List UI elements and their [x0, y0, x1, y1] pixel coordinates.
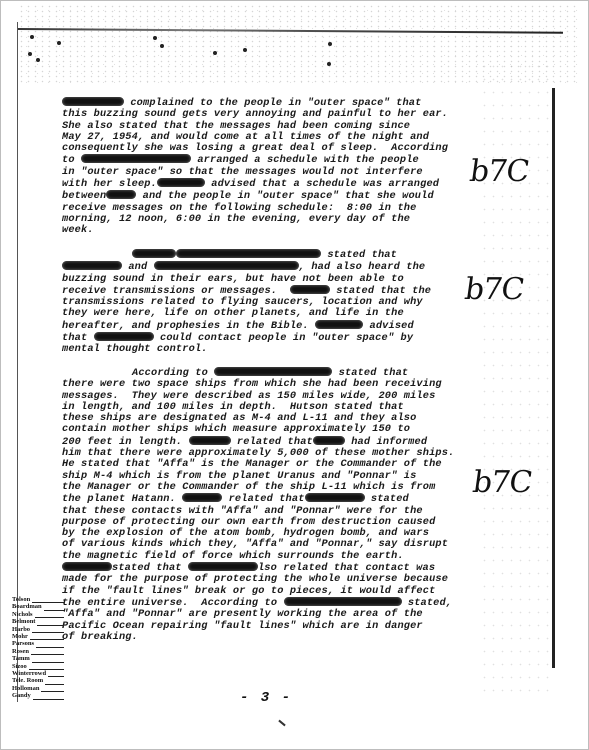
- line-text: in length, and 100 miles in depth. Hutso…: [62, 401, 404, 413]
- line-text: receive transmissions or messages.: [62, 285, 290, 297]
- line-text: and: [122, 261, 154, 273]
- redaction-block: [182, 493, 222, 502]
- line-text: this buzzing sound gets very annoying an…: [62, 108, 448, 120]
- routing-list-item: Boardman: [12, 603, 64, 610]
- routing-name: Tamm: [12, 655, 30, 662]
- routing-list-item: Tamm: [12, 655, 64, 662]
- routing-list-item: Parsons: [12, 640, 64, 647]
- routing-name: Gandy: [12, 692, 31, 699]
- redaction-block: [290, 285, 330, 294]
- text-line: hereafter, and prophesies in the Bible. …: [62, 320, 492, 332]
- scan-dot: [160, 44, 164, 48]
- text-line: with her sleep. advised that a schedule …: [62, 178, 492, 190]
- line-text: related that: [222, 493, 304, 505]
- line-text: complained to the people in "outer space…: [124, 97, 421, 109]
- routing-initial-line: [44, 605, 64, 611]
- routing-name: Boardman: [12, 603, 42, 610]
- routing-initial-line: [32, 657, 64, 663]
- routing-name: Tele. Room: [12, 677, 43, 684]
- line-text: him that there were approximately 5,000 …: [62, 447, 454, 459]
- routing-name: Rosen: [12, 648, 29, 655]
- redaction-block: [315, 320, 363, 329]
- routing-name: Holloman: [12, 685, 39, 692]
- line-text: ship M-4 which is from the planet Uranus…: [62, 470, 416, 482]
- paragraph-schedule: complained to the people in "outer space…: [62, 97, 492, 237]
- line-text: contain mother ships which measure appro…: [62, 423, 410, 435]
- scan-dot: [327, 62, 331, 66]
- scan-dot: [153, 36, 157, 40]
- routing-list-item: Tele. Room: [12, 677, 64, 684]
- redaction-block: [132, 249, 176, 258]
- line-text: arranged a schedule with the people: [191, 154, 419, 166]
- text-line: buzzing sound in their ears, but have no…: [62, 274, 492, 285]
- routing-list-item: Harbo: [12, 626, 64, 633]
- routing-initial-line: [48, 671, 64, 677]
- margin-notation-b7c: b7C: [468, 154, 531, 189]
- line-text: mental thought control.: [62, 343, 208, 355]
- routing-initial-line: [32, 627, 64, 633]
- redaction-block: [305, 493, 365, 502]
- line-text: had informed: [345, 436, 427, 448]
- line-text: transmissions related to flying saucers,…: [62, 296, 423, 308]
- redaction-block: [284, 597, 402, 606]
- text-line: in "outer space" so that the messages wo…: [62, 167, 492, 178]
- line-text: hereafter, and prophesies in the Bible.: [62, 320, 315, 332]
- text-line: stated that: [62, 249, 492, 261]
- line-text: stated that: [321, 249, 403, 261]
- line-text: stated,: [402, 597, 453, 609]
- paragraph-space-ships: According to stated thatthere were two s…: [62, 367, 492, 643]
- line-text: stated that: [332, 367, 408, 379]
- line-text: the planet Hatann.: [62, 493, 182, 505]
- routing-initial-line: [36, 642, 64, 648]
- line-text: there were two space ships from which sh…: [62, 378, 442, 390]
- line-text: buzzing sound in their ears, but have no…: [62, 273, 404, 285]
- line-text: "Affa" and "Ponnar" are presently workin…: [62, 608, 423, 620]
- line-text: could contact people in "outer space" by: [154, 332, 414, 344]
- redaction-block: [313, 436, 345, 445]
- line-text: stated: [365, 493, 409, 505]
- routing-list-item: Holloman: [12, 685, 64, 692]
- scan-dot: [30, 35, 34, 39]
- redaction-block: [157, 178, 205, 187]
- redaction-block: [81, 154, 191, 163]
- line-text: of breaking.: [62, 631, 138, 643]
- line-text: May 27, 1954, and would come at all time…: [62, 131, 429, 143]
- redaction-block: [154, 261, 299, 270]
- routing-name: Parsons: [12, 640, 34, 647]
- routing-name: Nichols: [12, 611, 33, 618]
- margin-notation-b7c: b7C: [463, 272, 526, 307]
- routing-initial-line: [31, 649, 64, 655]
- routing-initial-line: [33, 694, 64, 700]
- line-text: 200 feet in length.: [62, 436, 189, 448]
- page-number: - 3 -: [240, 690, 292, 706]
- line-text: in "outer space" so that the messages wo…: [62, 166, 423, 178]
- routing-list-item: Belmont: [12, 618, 64, 625]
- text-line: mental thought control.: [62, 344, 492, 355]
- scan-dot: [28, 52, 32, 56]
- line-text: and the people in "outer space" that she…: [136, 190, 433, 202]
- scan-dot: [243, 48, 247, 52]
- routing-name: Harbo: [12, 626, 30, 633]
- scan-dot: [36, 58, 40, 62]
- redaction-block: [176, 249, 321, 258]
- routing-list-item: Gandy: [12, 692, 64, 699]
- scan-dot: [57, 41, 61, 45]
- redaction-block: [62, 97, 124, 106]
- line-text: stated that the: [330, 285, 431, 297]
- redaction-block: [189, 436, 231, 445]
- text-line: the Manager or the Commander of the ship…: [62, 482, 492, 493]
- line-text: to: [62, 154, 81, 166]
- line-text: Pacific Ocean repairing "fault lines" wh…: [62, 620, 423, 632]
- line-text: He stated that "Affa" is the Manager or …: [62, 458, 442, 470]
- line-text: week.: [62, 224, 94, 236]
- line-text: consequently she was losing a great deal…: [62, 142, 448, 154]
- redaction-block: [188, 562, 258, 571]
- routing-name: Belmont: [12, 618, 35, 625]
- margin-notation-b7c: b7C: [471, 465, 534, 500]
- line-text: of various kinds which they, "Affa" and …: [62, 538, 448, 550]
- redaction-block: [214, 367, 332, 376]
- line-text: between: [62, 190, 106, 202]
- redaction-block: [62, 562, 112, 571]
- line-text: advised: [363, 320, 414, 332]
- line-text: by the explosion of the atom bomb, hydro…: [62, 527, 429, 539]
- line-text: lso related that contact was: [258, 562, 435, 574]
- line-text: the magnetic field of force which surrou…: [62, 550, 404, 562]
- routing-name: Tolson: [12, 596, 30, 603]
- line-text: messages. They were described as 150 mil…: [62, 390, 435, 402]
- text-line: week.: [62, 225, 492, 236]
- line-text: receive messages on the following schedu…: [62, 202, 416, 214]
- text-line: they were here, life on other planets, a…: [62, 308, 492, 319]
- routing-list: TolsonBoardmanNicholsBelmontHarboMohrPar…: [12, 596, 64, 700]
- line-text: According to: [132, 367, 214, 379]
- line-text: the Manager or the Commander of the ship…: [62, 481, 435, 493]
- line-text: with her sleep.: [62, 178, 157, 190]
- line-text: that these contacts with "Affa" and "Pon…: [62, 505, 423, 517]
- redaction-block: [94, 332, 154, 341]
- scan-dot: [328, 42, 332, 46]
- routing-initial-line: [41, 686, 64, 692]
- routing-name: Mohr: [12, 633, 28, 640]
- line-text: these ships are designated as M-4 and L-…: [62, 412, 416, 424]
- line-text: purpose of protecting our own earth from…: [62, 516, 435, 528]
- line-text: made for the purpose of protecting the w…: [62, 573, 448, 585]
- routing-list-item: Rosen: [12, 648, 64, 655]
- routing-list-item: Sizoo: [12, 663, 64, 670]
- routing-list-item: Winterrowd: [12, 670, 64, 677]
- routing-initial-line: [37, 620, 64, 626]
- text-line: consequently she was losing a great deal…: [62, 143, 492, 154]
- text-line: morning, 12 noon, 6:00 in the evening, e…: [62, 214, 492, 225]
- line-text: if the "fault lines" break or go to piec…: [62, 585, 435, 597]
- redaction-block: [62, 261, 122, 270]
- routing-list-item: Nichols: [12, 611, 64, 618]
- routing-list-item: Mohr: [12, 633, 64, 640]
- routing-initial-line: [45, 679, 64, 685]
- text-line: contain mother ships which measure appro…: [62, 424, 492, 435]
- line-text: morning, 12 noon, 6:00 in the evening, e…: [62, 213, 410, 225]
- paragraph-buzzing: stated that and , had also heard thebuzz…: [62, 249, 492, 356]
- text-line: the magnetic field of force which surrou…: [62, 551, 492, 562]
- right-margin-rule: [552, 88, 555, 668]
- text-line: of breaking.: [62, 632, 492, 643]
- line-text: related that: [231, 436, 313, 448]
- line-text: stated that: [112, 562, 188, 574]
- line-text: the entire universe. According to: [62, 597, 284, 609]
- routing-initial-line: [35, 612, 64, 618]
- routing-list-item: Tolson: [12, 596, 64, 603]
- routing-name: Winterrowd: [12, 670, 46, 677]
- scan-dot: [213, 51, 217, 55]
- redaction-block: [106, 190, 136, 199]
- line-text: advised that a schedule was arranged: [205, 178, 439, 190]
- line-text: they were here, life on other planets, a…: [62, 307, 404, 319]
- line-text: She also stated that the messages had be…: [62, 120, 410, 132]
- routing-initial-line: [30, 634, 64, 640]
- text-line: if the "fault lines" break or go to piec…: [62, 586, 492, 597]
- line-text: that: [62, 332, 94, 344]
- line-text: , had also heard the: [299, 261, 426, 273]
- routing-name: Sizoo: [12, 663, 27, 670]
